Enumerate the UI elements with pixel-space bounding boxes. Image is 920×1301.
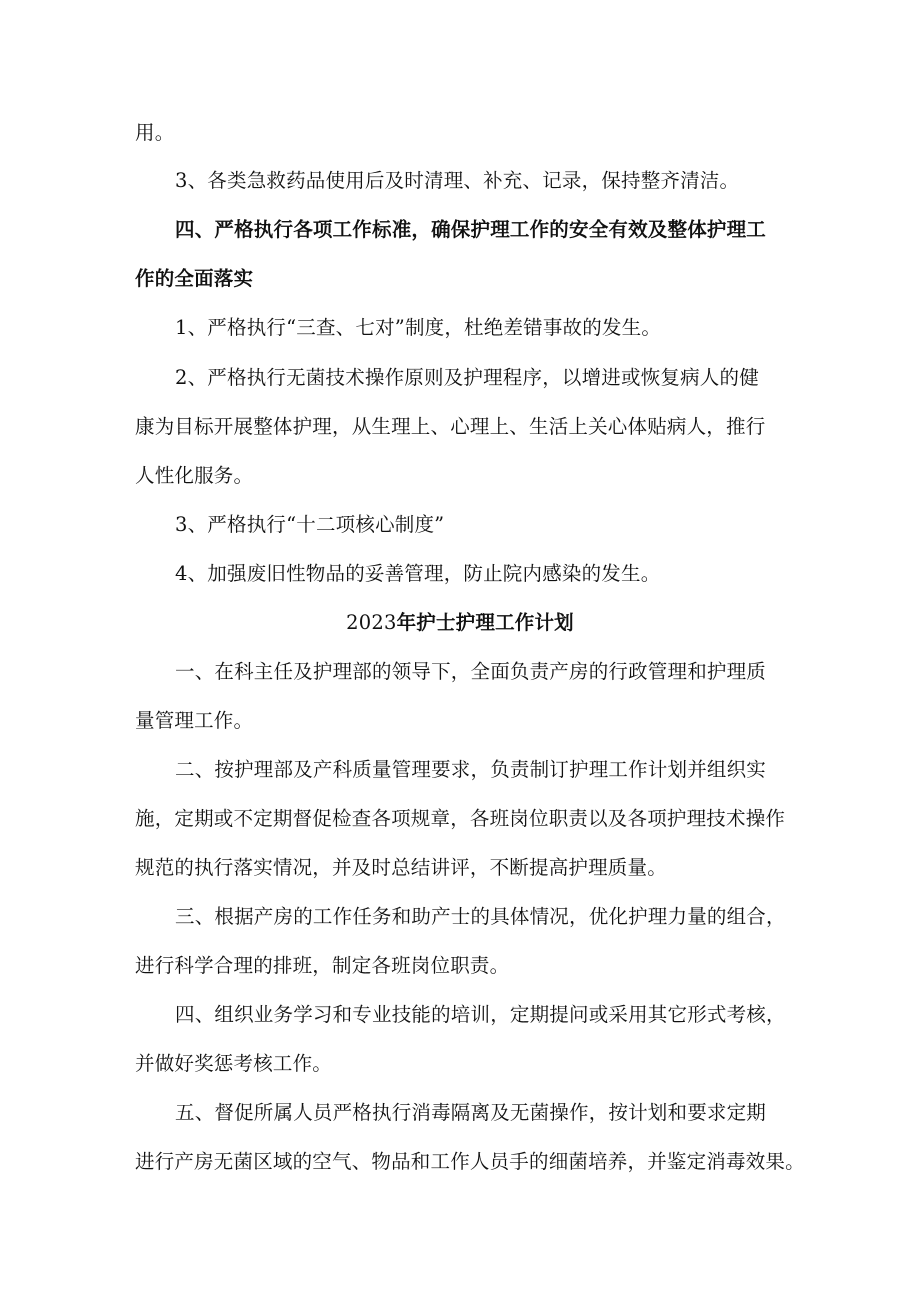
- paragraph-line: 康为目标开展整体护理，从生理上、心理上、生活上关心体贴病人，推行: [135, 415, 765, 439]
- paragraph-line: 进行产房无菌区域的空气、物品和工作人员手的细菌培养，并鉴定消毒效果。: [135, 1150, 805, 1174]
- paragraph-line: 3、各类急救药品使用后及时清理、补充、记录，保持整齐清洁。: [175, 169, 739, 193]
- paragraph-line: 人性化服务。: [135, 464, 253, 488]
- title-year: 2023: [346, 611, 396, 634]
- paragraph-line: 施，定期或不定期督促检查各项规章，各班岗位职责以及各项护理技术操作: [135, 807, 785, 831]
- paragraph-line: 规范的执行落实情况，并及时总结讲评，不断提高护理质量。: [135, 856, 667, 880]
- title-text: 年护士护理工作计划: [397, 611, 574, 634]
- paragraph-line: 四、组织业务学习和专业技能的培训，定期提问或采用其它形式考核，: [175, 1003, 786, 1027]
- section-heading-line: 作的全面落实: [135, 267, 253, 291]
- paragraph-line: 进行科学合理的排班，制定各班岗位职责。: [135, 954, 509, 978]
- paragraph-line: 一、在科主任及护理部的领导下，全面负责产房的行政管理和护理质: [175, 660, 766, 684]
- section-heading-line: 四、严格执行各项工作标准，确保护理工作的安全有效及整体护理工: [175, 218, 766, 242]
- paragraph-line: 五、督促所属人员严格执行消毒隔离及无菌操作，按计划和要求定期: [175, 1101, 766, 1125]
- paragraph-line: 2、严格执行无菌技术操作原则及护理程序，以增进或恢复病人的健: [175, 366, 759, 390]
- paragraph-line: 三、根据产房的工作任务和助产士的具体情况，优化护理力量的组合，: [175, 905, 786, 929]
- paragraph-line: 二、按护理部及产科质量管理要求，负责制订护理工作计划并组织实: [175, 758, 766, 782]
- paragraph-line: 用。: [135, 121, 174, 145]
- paragraph-line: 量管理工作。: [135, 709, 253, 733]
- paragraph-line: 3、严格执行“十二项核心制度”: [175, 513, 444, 537]
- document-title: 2023年护士护理工作计划: [0, 611, 920, 635]
- paragraph-line: 并做好奖惩考核工作。: [135, 1052, 332, 1076]
- paragraph-line: 1、严格执行“三查、七对”制度，杜绝差错事故的发生。: [175, 316, 661, 340]
- paragraph-line: 4、加强废旧性物品的妥善管理，防止院内感染的发生。: [175, 562, 660, 586]
